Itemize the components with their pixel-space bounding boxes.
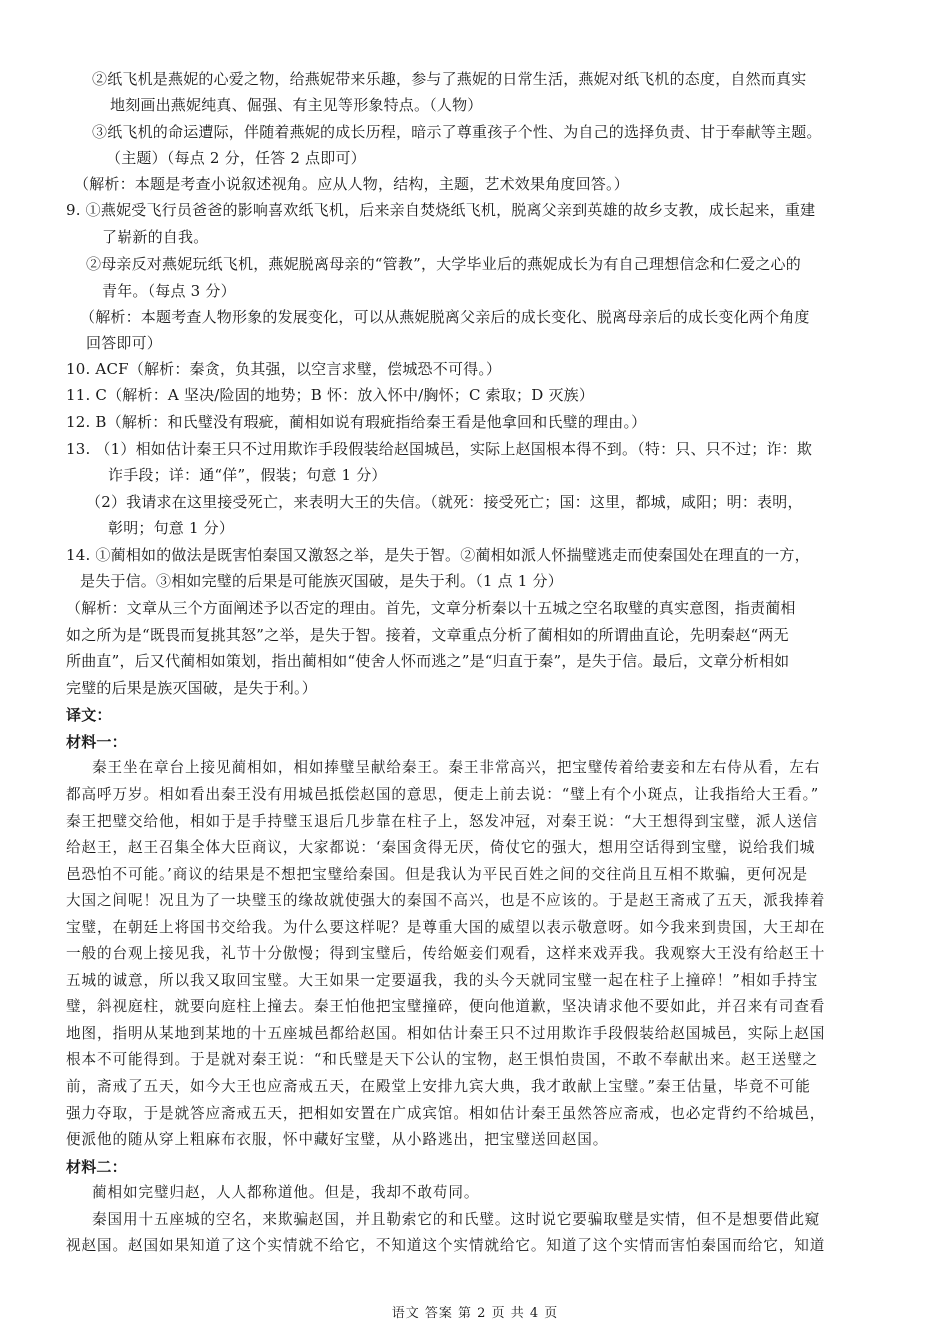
q10-answer: 10. ACF（解析：秦贪，负其强，以空言求璧，偿城恐不可得。） xyxy=(66,356,501,382)
page-footer: 语文 答案 第 2 页 共 4 页 xyxy=(0,1302,950,1321)
material1-line: 前，斋戒了五天，如今大王也应斋戒五天，在殿堂上安排九宾大典，我才敢献上宝璧。”秦… xyxy=(66,1074,811,1100)
q8-analysis: （解析：本题是考查小说叙述视角。应从人物，结构，主题，艺术效果角度回答。） xyxy=(74,171,629,197)
material1-line: 秦王把璧交给他，相如于是手持璧玉退后几步靠在柱子上，怒发冲冠，对秦王说：“大王想… xyxy=(66,809,818,835)
q14-analysis-line4: 完璧的后果是族灭国破，是失于利。） xyxy=(66,675,317,701)
q14-analysis-line3: 所曲直”，后又代蔺相如策划，指出蔺相如“使舍人怀而逃之”是“归直于秦”，是失于信… xyxy=(66,648,789,674)
material1-line: 地图，指明从某地到某地的十五座城邑都给赵国。相如估计秦王只不过用欺诈手段假装给赵… xyxy=(66,1021,825,1047)
material1-line: 给赵王，赵王召集全体大臣商议，大家都说：‘秦国贪得无厌，倚仗它的强大，想用空话得… xyxy=(66,835,815,861)
q9-analysis-line1: （解析：本题考查人物形象的发展变化，可以从燕妮脱离父亲后的成长变化、脱离母亲后的… xyxy=(80,304,810,330)
material1-line: 秦王坐在章台上接见蔺相如，相如捧璧呈献给秦王。秦王非常高兴，把宝璧传着给妻妾和左… xyxy=(92,755,820,781)
material1-line: 强力夺取，于是就答应斋戒五天，把相如安置在广成宾馆。相如估计秦王虽然答应斋戒，也… xyxy=(66,1101,825,1127)
material1-line: 大国之间呢！况且为了一块璧玉的缘故就使强大的秦国不高兴，也是不应该的。于是赵王斋… xyxy=(66,888,825,914)
q8-item3-line2: （主题）（每点 2 分，任答 2 点即可） xyxy=(106,145,366,171)
translation-heading: 译文： xyxy=(66,702,112,728)
q9-analysis-line2: 回答即可） xyxy=(86,330,162,356)
q12-answer: 12. B（解析：和氏璧没有瑕疵，蔺相如说有瑕疵指给秦王看是他拿回和氏璧的理由。… xyxy=(66,409,646,435)
q9-item2-line1: ②母亲反对燕妮玩纸飞机，燕妮脱离母亲的“管教”，大学毕业后的燕妮成长为有自己理想… xyxy=(86,251,801,277)
material1-line: 璧，斜视庭柱，就要向庭柱上撞去。秦王怕他把宝璧撞碎，便向他道歉，坚决请求他不要如… xyxy=(66,994,825,1020)
answer-key-page: ②纸飞机是燕妮的心爱之物，给燕妮带来乐趣，参与了燕妮的日常生活，燕妮对纸飞机的态… xyxy=(0,0,950,1344)
material1-line: 邑恐怕不可能。’商议的结果是不想把宝璧给秦国。但是我认为平民百姓之间的交往尚且互… xyxy=(66,862,808,888)
q8-item2-line2: 地刻画出燕妮纯真、倔强、有主见等形象特点。（人物） xyxy=(110,92,483,118)
material2-line: 视赵国。赵国如果知道了这个实情就不给它，不知道这个实情就给它。知道了这个实情而害… xyxy=(66,1233,825,1259)
material1-line: 便派他的随从穿上粗麻布衣服，怀中藏好宝璧，从小路逃出，把宝璧送回赵国。 xyxy=(66,1127,608,1153)
q11-answer: 11. C（解析：A 坚决/险固的地势；B 怀：放入怀中/胸怀；C 索取；D 灭… xyxy=(66,382,594,408)
q9-item2-line2: 青年。（每点 3 分） xyxy=(102,278,236,304)
q14-analysis-line1: （解析：文章从三个方面阐述予以否定的理由。首先，文章分析秦以十五城之空名取璧的真… xyxy=(66,595,796,621)
q13-part2-line1: （2）我请求在这里接受死亡，来表明大王的失信。（就死：接受死亡；国：这里，都城，… xyxy=(86,489,803,515)
q14-line1: 14. ①蔺相如的做法是既害怕秦国又激怒之举，是失于智。②蔺相如派人怀揣璧逃走而… xyxy=(66,542,810,568)
q8-item2-line1: ②纸飞机是燕妮的心爱之物，给燕妮带来乐趣，参与了燕妮的日常生活，燕妮对纸飞机的态… xyxy=(92,66,806,92)
material1-line: 都高呼万岁。相如看出秦王没有用城邑抵偿赵国的意思，便走上前去说：“璧上有个小斑点… xyxy=(66,782,819,808)
q13-part2-line2: 彰明；句意 1 分） xyxy=(108,515,234,541)
material1-line: 根本不可能得到。于是就对秦王说：“和氏璧是天下公认的宝物，赵王惧怕贵国，不敢不奉… xyxy=(66,1047,818,1073)
material2-heading: 材料二： xyxy=(66,1154,127,1180)
q9-item1-line2: 了崭新的自我。 xyxy=(102,224,208,250)
material1-line: 一般的台观上接见我，礼节十分傲慢；得到宝璧后，传给姬妾们观看，这样来戏弄我。我观… xyxy=(66,941,825,967)
q13-part1-line1: 13. （1）相如估计秦王只不过用欺诈手段假装给赵国城邑，实际上赵国根本得不到。… xyxy=(66,436,812,462)
q14-analysis-line2: 如之所为是“既畏而复挑其怒”之举，是失于智。接着，文章重点分析了蔺相如的所谓曲直… xyxy=(66,622,789,648)
q14-line2: 是失于信。③相如完璧的后果是可能族灭国破，是失于利。（1 点 1 分） xyxy=(80,568,563,594)
material2-line: 秦国用十五座城的空名，来欺骗赵国，并且勒索它的和氏璧。这时说它要骗取璧是实情，但… xyxy=(92,1207,820,1233)
q9-item1-line1: 9. ①燕妮受飞行员爸爸的影响喜欢纸飞机，后来亲自焚烧纸飞机，脱离父亲到英雄的故… xyxy=(66,197,815,223)
q13-part1-line2: 诈手段；详：通“佯”，假装；句意 1 分） xyxy=(108,462,387,488)
q8-item3-line1: ③纸飞机的命运遭际，伴随着燕妮的成长历程，暗示了尊重孩子个性、为自己的选择负责、… xyxy=(92,119,822,145)
material1-line: 宝璧，在朝廷上将国书交给我。为什么要这样呢？是尊重大国的威望以表示敬意呀。如今我… xyxy=(66,915,825,941)
material2-line: 蔺相如完璧归赵，人人都称道他。但是，我却不敢苟同。 xyxy=(92,1180,479,1206)
material1-heading: 材料一： xyxy=(66,729,127,755)
material1-line: 五城的诚意，所以我又取回宝璧。大王如果一定要逼我，我的头今天就同宝璧一起在柱子上… xyxy=(66,968,818,994)
